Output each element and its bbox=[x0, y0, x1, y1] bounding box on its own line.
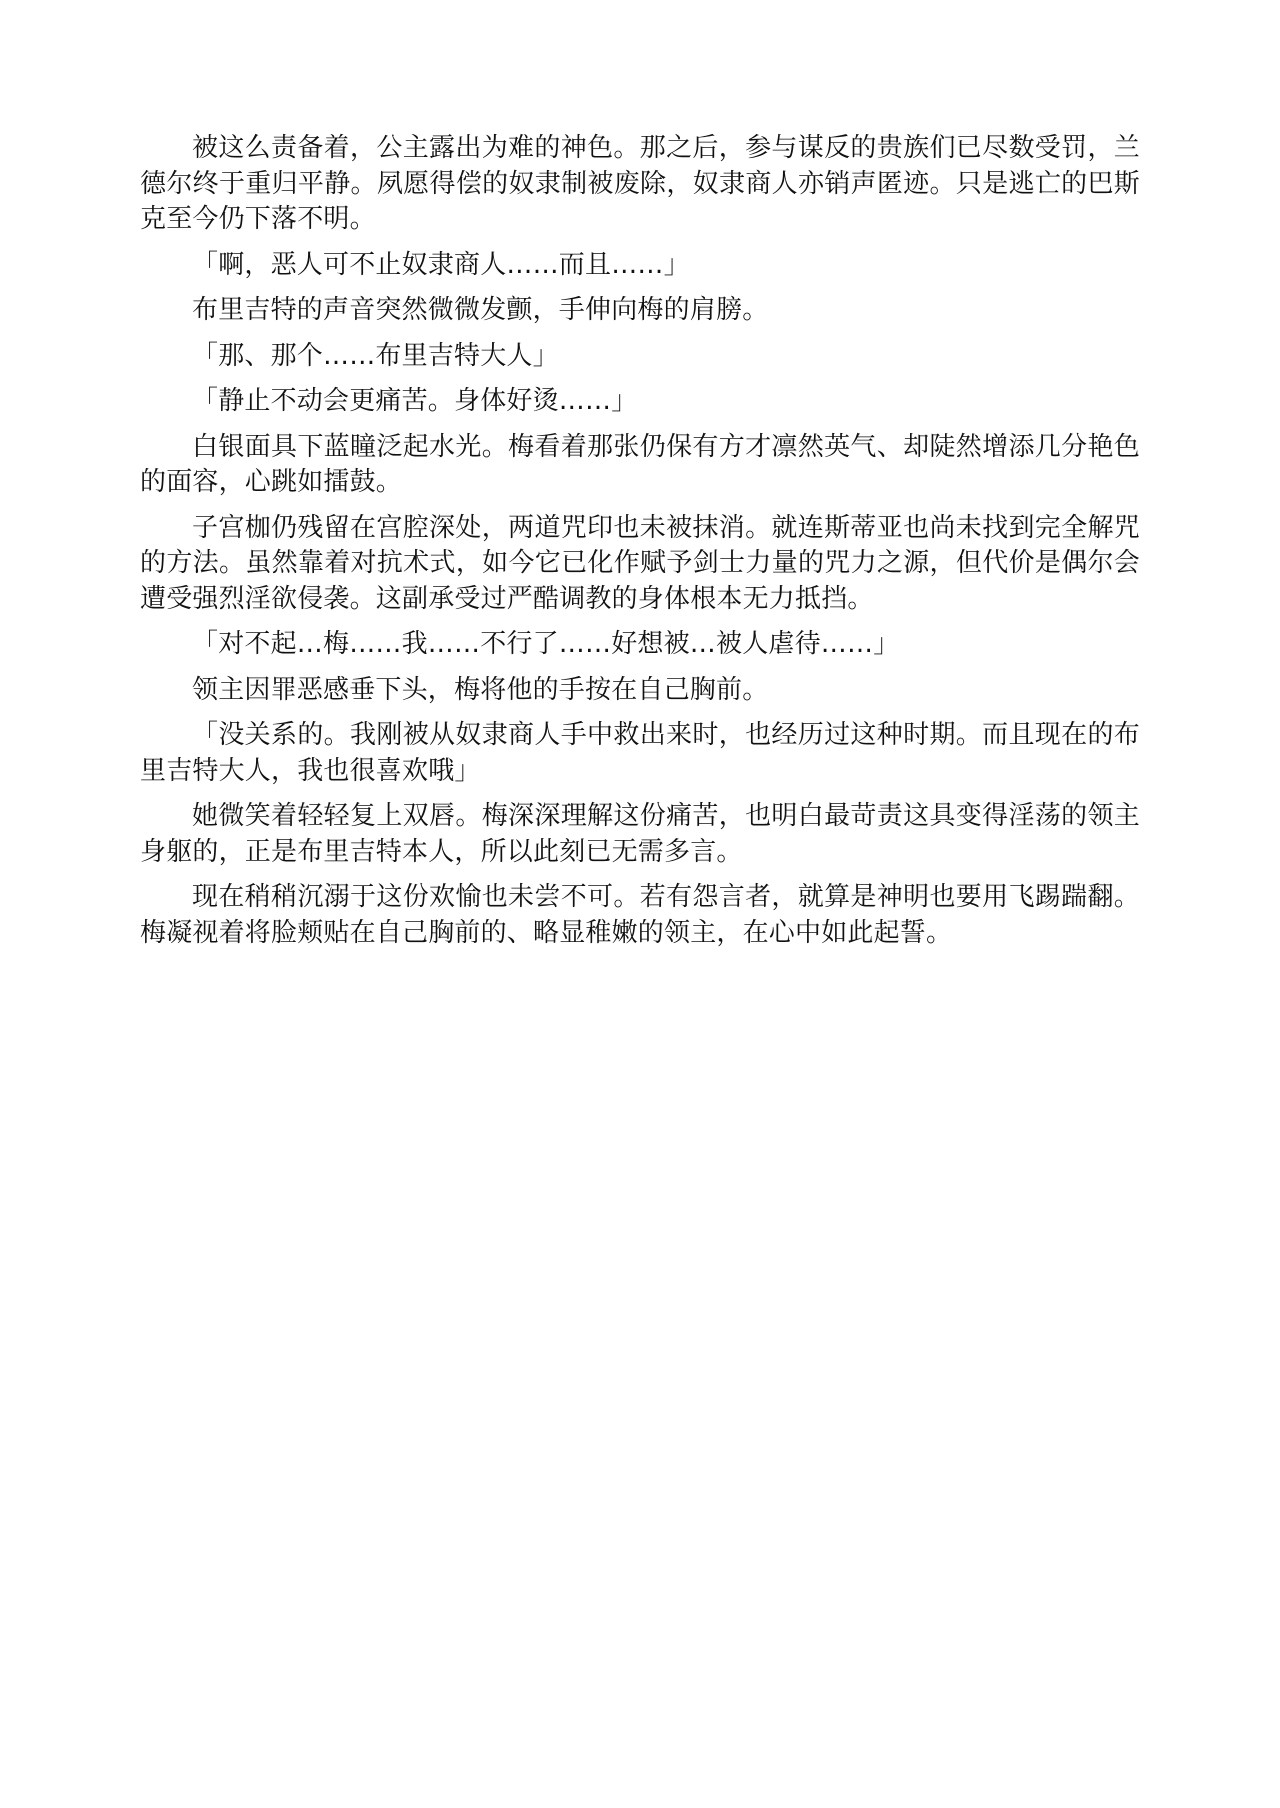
paragraph-narration: 布里吉特的声音突然微微发颤，手伸向梅的肩膀。 bbox=[140, 293, 1140, 329]
paragraph-narration: 白银面具下蓝瞳泛起水光。梅看着那张仍保有方才凛然英气、却陡然增添几分艳色的面容，… bbox=[140, 430, 1140, 501]
paragraph-narration: 现在稍稍沉溺于这份欢愉也未尝不可。若有怨言者，就算是神明也要用飞踢踹翻。梅凝视着… bbox=[140, 880, 1140, 951]
paragraph-dialog: 「没关系的。我刚被从奴隶商人手中救出来时，也经历过这种时期。而且现在的布里吉特大… bbox=[140, 718, 1140, 789]
paragraph-dialog: 「啊，恶人可不止奴隶商人……而且……」 bbox=[140, 248, 1140, 284]
paragraph-dialog: 「对不起…梅……我……不行了……好想被…被人虐待……」 bbox=[140, 627, 1140, 663]
paragraph-narration: 子宫枷仍残留在宫腔深处，两道咒印也未被抹消。就连斯蒂亚也尚未找到完全解咒的方法。… bbox=[140, 511, 1140, 618]
paragraph-narration: 被这么责备着，公主露出为难的神色。那之后，参与谋反的贵族们已尽数受罚，兰德尔终于… bbox=[140, 131, 1140, 238]
paragraph-narration: 她微笑着轻轻复上双唇。梅深深理解这份痛苦，也明白最苛责这具变得淫荡的领主身躯的，… bbox=[140, 799, 1140, 870]
document-page: 被这么责备着，公主露出为难的神色。那之后，参与谋反的贵族们已尽数受罚，兰德尔终于… bbox=[140, 131, 1140, 961]
paragraph-narration: 领主因罪恶感垂下头，梅将他的手按在自己胸前。 bbox=[140, 673, 1140, 709]
paragraph-dialog: 「静止不动会更痛苦。身体好烫……」 bbox=[140, 384, 1140, 420]
paragraph-dialog: 「那、那个……布里吉特大人」 bbox=[140, 339, 1140, 375]
